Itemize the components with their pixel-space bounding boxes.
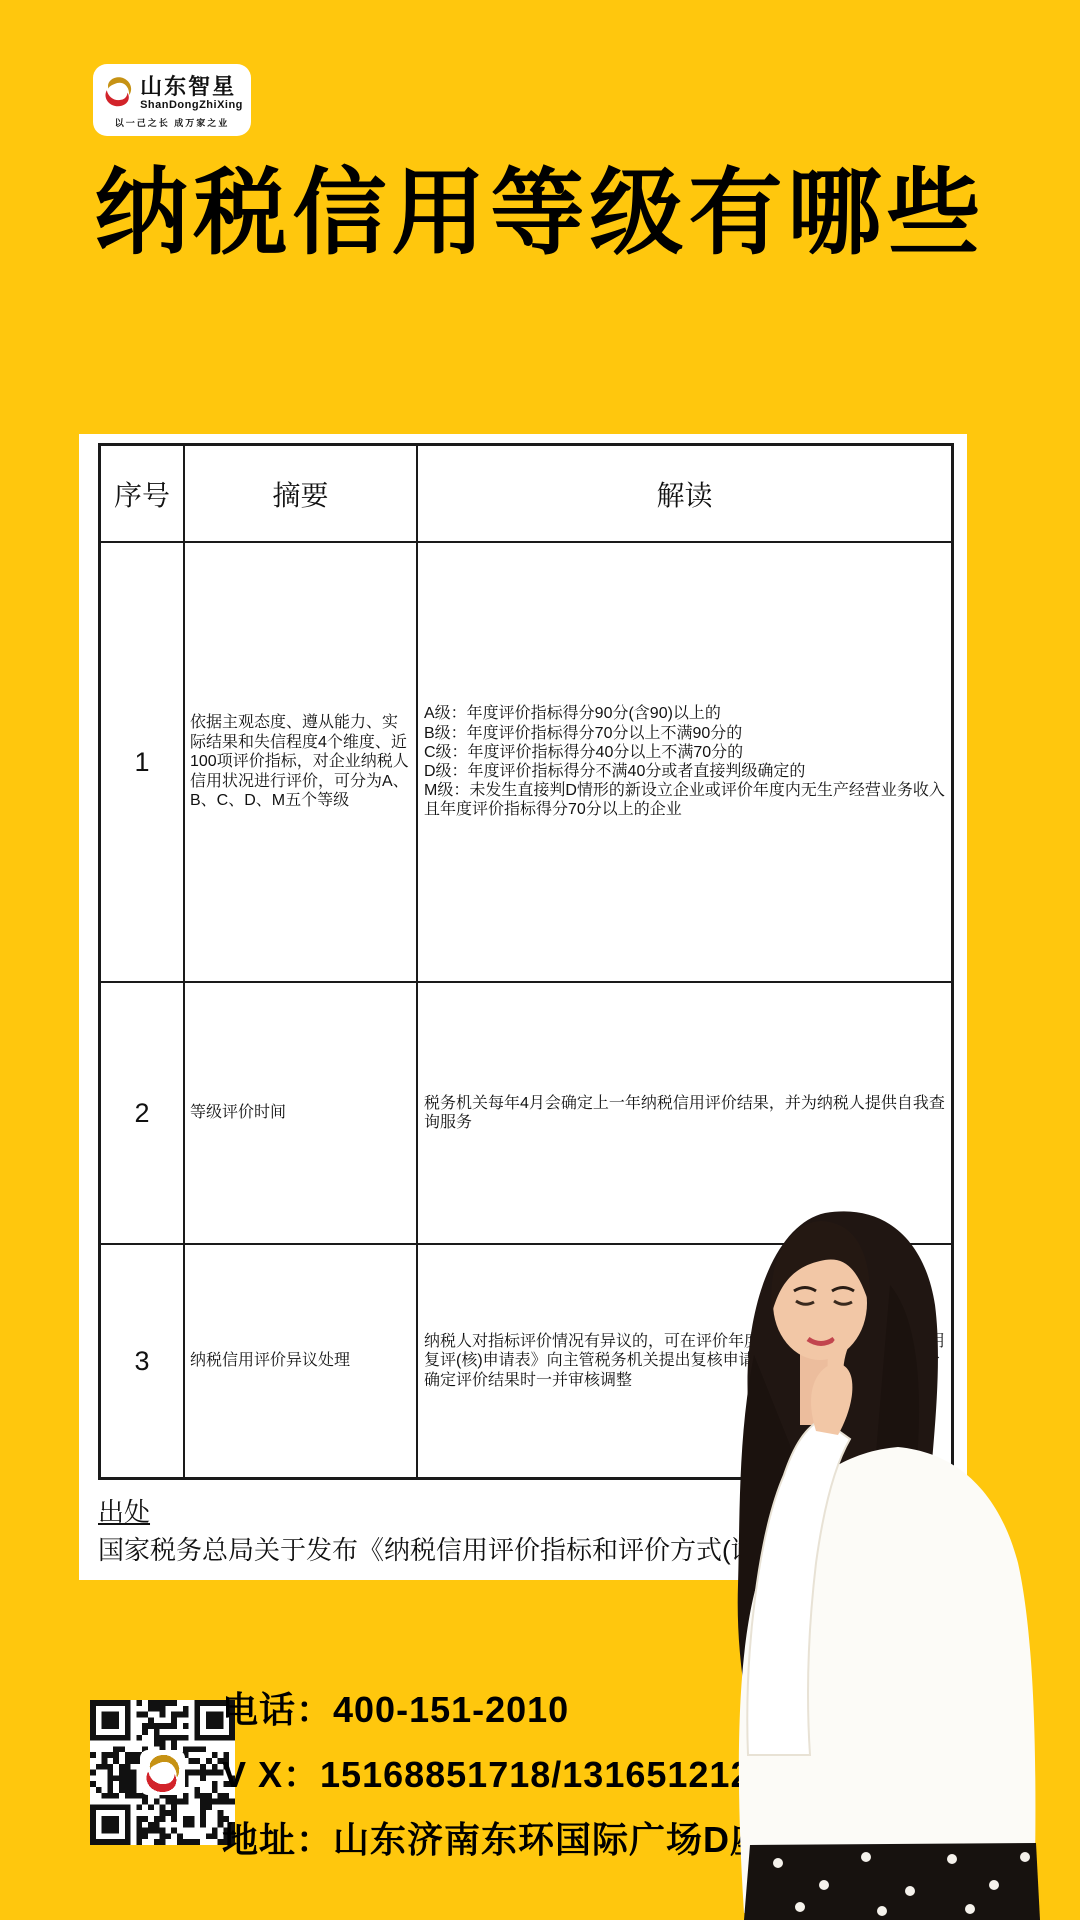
table-row-3-no: 3 xyxy=(101,1245,185,1477)
person-photo xyxy=(720,1195,1080,1920)
table-row-2-summary: 等级评价时间 xyxy=(185,983,418,1245)
poster: 山东智星 ShanDongZhiXing 以一己之长 成万家之业 纳税信用等级有… xyxy=(0,0,1080,1920)
brand-tagline: 以一己之长 成万家之业 xyxy=(115,116,230,129)
brand-latin: ShanDongZhiXing xyxy=(140,100,243,111)
table-row-2-no: 2 xyxy=(101,983,185,1245)
phone-number: 400-151-2010 xyxy=(333,1689,569,1730)
table-header-no: 序号 xyxy=(101,446,185,543)
brand-logo: 山东智星 ShanDongZhiXing 以一己之长 成万家之业 xyxy=(93,64,251,136)
page-title: 纳税信用等级有哪些 xyxy=(0,158,1080,269)
table-header-summary: 摘要 xyxy=(185,446,418,543)
table-row-1-no: 1 xyxy=(101,543,185,983)
brand-name: 山东智星 xyxy=(140,76,243,98)
table-row-3-summary: 纳税信用评价异议处理 xyxy=(185,1245,418,1477)
table-row-1-detail: A级：年度评价指标得分90分(含90)以上的 B级：年度评价指标得分70分以上不… xyxy=(418,543,951,983)
table-row-1-summary: 依据主观态度、遵从能力、实际结果和失信程度4个维度、近100项评价指标，对企业纳… xyxy=(185,543,418,983)
qr-code xyxy=(90,1700,235,1845)
brand-swirl-icon xyxy=(101,75,135,112)
table-header-detail: 解读 xyxy=(418,446,951,543)
qr-center-logo-icon xyxy=(142,1752,183,1793)
